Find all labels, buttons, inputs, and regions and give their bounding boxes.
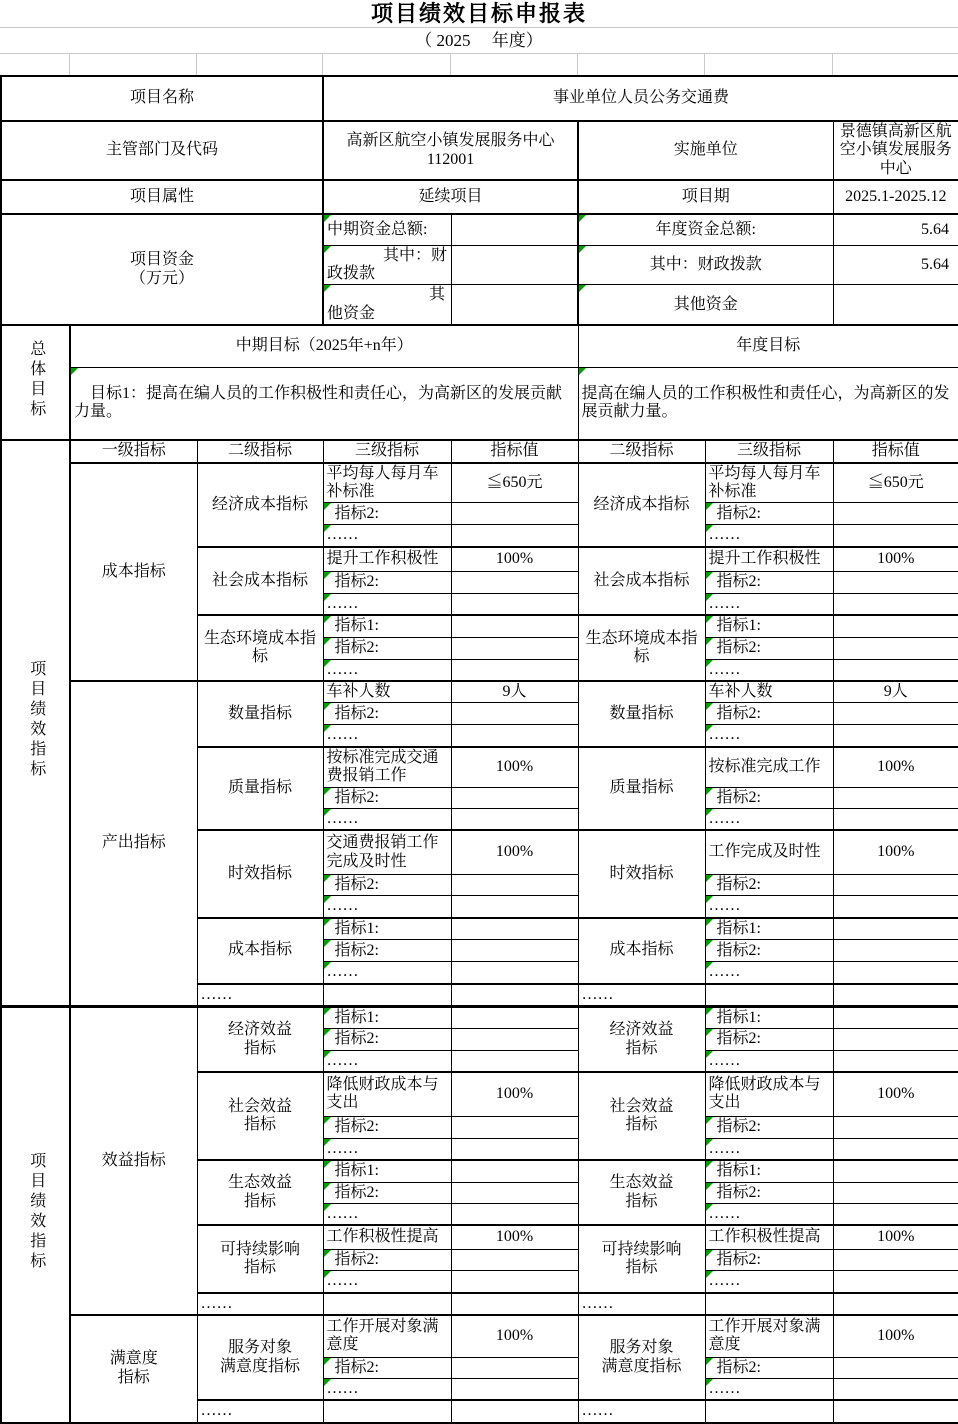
indicator-value-cell <box>833 962 958 984</box>
tertiary-indicator-cell: 指标2: <box>323 1116 451 1138</box>
secondary-indicator-label: 时效指标 <box>197 830 323 917</box>
tertiary-indicator-cell: 指标2: <box>705 1029 833 1050</box>
tertiary-indicator-cell: …… <box>705 593 833 615</box>
indicator-value-cell <box>451 1249 578 1270</box>
indicator-value-cell <box>833 1029 958 1050</box>
indicator-value-cell <box>833 1160 958 1182</box>
indicator-value-cell <box>451 1160 578 1182</box>
secondary-indicator-label: 经济成本指标 <box>578 463 705 547</box>
project-name-label: 项目名称 <box>1 76 323 121</box>
tertiary-indicator-cell: …… <box>705 1203 833 1225</box>
indicator-value-cell <box>833 787 958 808</box>
green-flag-icon <box>324 594 331 601</box>
tertiary-indicator-cell: …… <box>705 725 833 747</box>
tertiary-indicator-cell: 指标2: <box>323 703 451 725</box>
tertiary-indicator-cell: …… <box>323 896 451 918</box>
green-flag-icon <box>324 1139 331 1146</box>
tertiary-indicator-cell: 指标1: <box>323 1006 451 1028</box>
indicator-value-cell <box>451 1006 578 1028</box>
green-flag-icon <box>324 215 331 222</box>
secondary-indicator-label: 经济成本指标 <box>197 463 323 547</box>
indicator-value-cell <box>833 572 958 593</box>
green-flag-icon <box>324 940 331 947</box>
green-flag-icon <box>324 503 331 510</box>
tertiary-indicator-cell: …… <box>705 659 833 681</box>
green-flag-icon <box>324 1250 331 1257</box>
green-flag-icon <box>324 1008 331 1015</box>
indicator-value-cell: 100% <box>833 547 958 572</box>
impl-unit-value: 景德镇高新区航空小镇发展服务中心 <box>833 121 958 180</box>
green-flag-icon <box>579 215 586 222</box>
mid-goal-content: 目标1：提高在编人员的工作积极性和责任心，为高新区的发展贡献力量。 <box>70 367 578 440</box>
indicator-value-cell <box>451 896 578 918</box>
indicator-value-cell <box>451 1182 578 1203</box>
tertiary-indicator-cell: 指标2: <box>323 940 451 962</box>
ellipsis-row-cell <box>833 984 958 1007</box>
ellipsis-row-cell <box>705 984 833 1007</box>
declaration-form: 项目绩效目标申报表 （ 2025 年度） 项目名称 事业单位人员公务交通费 主管… <box>0 0 958 1424</box>
green-flag-icon <box>324 1117 331 1124</box>
tertiary-indicator-cell: 工作开展对象满意度 <box>323 1315 451 1357</box>
green-flag-icon <box>324 788 331 795</box>
indicator-value-cell <box>833 1116 958 1138</box>
green-flag-icon <box>706 638 713 645</box>
tertiary-indicator-cell: 指标2: <box>705 1182 833 1203</box>
tertiary-indicator-cell: 指标2: <box>705 1357 833 1378</box>
secondary-indicator-label: 生态环境成本指标 <box>578 615 705 681</box>
annual-other-value <box>833 285 958 325</box>
green-flag-icon <box>706 809 713 816</box>
tertiary-indicator-cell: 车补人数 <box>705 681 833 703</box>
mid-fiscal-label: 其中：财政拨款 <box>323 245 451 285</box>
green-flag-icon <box>706 1008 713 1015</box>
secondary-indicator-label: 质量指标 <box>197 747 323 831</box>
annual-other-label: 其他资金 <box>578 285 833 325</box>
indicator-value-cell <box>833 1357 958 1378</box>
green-flag-icon <box>324 1204 331 1211</box>
tertiary-indicator-cell: 平均每人每月车补标准 <box>323 463 451 503</box>
tertiary-indicator-cell: 指标2: <box>323 503 451 525</box>
green-flag-icon <box>706 896 713 903</box>
secondary-indicator-label: 经济效益 指标 <box>197 1006 323 1072</box>
secondary-indicator-label: 社会效益 指标 <box>578 1072 705 1160</box>
green-flag-icon <box>324 525 331 532</box>
indicator-value-cell: ≦650元 <box>833 463 958 503</box>
tertiary-indicator-cell: 指标1: <box>705 1160 833 1182</box>
indicator-value-cell <box>833 1138 958 1160</box>
green-flag-icon <box>71 368 78 375</box>
green-flag-icon <box>324 1379 331 1386</box>
annual-total-label: 年度资金总额: <box>578 214 833 245</box>
ellipsis-row-cell <box>323 1400 451 1422</box>
secondary-indicator-label: 质量指标 <box>578 747 705 831</box>
mid-total-label: 中期资金总额: <box>323 214 451 245</box>
ellipsis-row-cell <box>451 1400 578 1422</box>
indicator-value-cell <box>451 962 578 984</box>
green-flag-icon <box>324 703 331 710</box>
green-flag-icon <box>706 1183 713 1190</box>
secondary-indicator-label: 经济效益 指标 <box>578 1006 705 1072</box>
tertiary-indicator-cell: 指标2: <box>323 1029 451 1050</box>
indicator-value-cell <box>451 1138 578 1160</box>
indicator-value-cell: 100% <box>833 830 958 874</box>
form-title: 项目绩效目标申报表 <box>0 0 958 28</box>
header-value-left: 指标值 <box>451 440 578 462</box>
green-flag-icon <box>706 1250 713 1257</box>
indicator-value-cell <box>451 525 578 547</box>
green-flag-icon <box>706 1271 713 1278</box>
tertiary-indicator-cell: 提升工作积极性 <box>323 547 451 572</box>
ellipsis-row-cell: …… <box>197 1400 323 1422</box>
header-value-right: 指标值 <box>833 440 958 462</box>
ellipsis-row-cell <box>705 1400 833 1422</box>
tertiary-indicator-cell: 降低财政成本与支出 <box>323 1072 451 1116</box>
green-flag-icon <box>706 1358 713 1365</box>
tertiary-indicator-cell: …… <box>323 1050 451 1072</box>
green-flag-icon <box>324 285 331 292</box>
ellipsis-row-cell <box>323 984 451 1007</box>
annual-fiscal-label: 其中：财政拨款 <box>578 245 833 285</box>
indicator-value-cell <box>833 1006 958 1028</box>
header-level3-right: 三级指标 <box>705 440 833 462</box>
indicator-value-cell <box>833 503 958 525</box>
indicator-value-cell <box>451 809 578 831</box>
indicator-value-cell: 100% <box>451 830 578 874</box>
secondary-indicator-label: 可持续影响 指标 <box>578 1225 705 1292</box>
green-flag-icon <box>706 919 713 926</box>
tertiary-indicator-cell: …… <box>705 896 833 918</box>
green-flag-icon <box>324 875 331 882</box>
tertiary-indicator-cell: 指标2: <box>705 637 833 659</box>
level1-output: 产出指标 <box>70 681 197 1007</box>
tertiary-indicator-cell: …… <box>323 809 451 831</box>
indicator-value-cell <box>451 637 578 659</box>
green-flag-icon <box>324 572 331 579</box>
secondary-indicator-label: 数量指标 <box>197 681 323 747</box>
indicator-value-cell <box>451 572 578 593</box>
secondary-indicator-label: 生态环境成本指标 <box>197 615 323 681</box>
tertiary-indicator-cell: 指标2: <box>705 787 833 808</box>
indicator-value-cell <box>451 503 578 525</box>
tertiary-indicator-cell: 指标1: <box>705 918 833 940</box>
tertiary-indicator-cell: …… <box>323 725 451 747</box>
indicator-value-cell <box>833 1203 958 1225</box>
ellipsis-row-cell <box>451 1293 578 1315</box>
indicator-value-cell <box>833 1050 958 1072</box>
ellipsis-row-cell <box>833 1400 958 1422</box>
tertiary-indicator-cell: …… <box>705 962 833 984</box>
secondary-indicator-label: 生态效益 指标 <box>197 1160 323 1225</box>
green-flag-icon <box>706 875 713 882</box>
green-flag-icon <box>706 940 713 947</box>
secondary-indicator-label: 成本指标 <box>578 918 705 984</box>
green-flag-icon <box>324 1161 331 1168</box>
green-flag-icon <box>706 1161 713 1168</box>
tertiary-indicator-cell: 交通费报销工作完成及时性 <box>323 830 451 874</box>
attr-value: 延续项目 <box>323 180 578 214</box>
indicator-value-cell: 100% <box>451 747 578 787</box>
green-flag-icon <box>706 525 713 532</box>
level1-satisfaction: 满意度 指标 <box>70 1315 197 1423</box>
indicator-value-cell <box>833 809 958 831</box>
green-flag-icon <box>706 572 713 579</box>
dept-value: 高新区航空小镇发展服务中心112001 <box>323 121 578 180</box>
tertiary-indicator-cell: …… <box>705 1378 833 1400</box>
tertiary-indicator-cell: 按标准完成工作 <box>705 747 833 787</box>
tertiary-indicator-cell: …… <box>323 1203 451 1225</box>
indicator-value-cell: 9人 <box>833 681 958 703</box>
indicator-value-cell <box>833 659 958 681</box>
ellipsis-row-cell <box>323 1293 451 1315</box>
tertiary-indicator-cell: 指标2: <box>705 703 833 725</box>
green-flag-icon <box>579 285 586 292</box>
tertiary-indicator-cell: 按标准完成交通费报销工作 <box>323 747 451 787</box>
header-level2-left: 二级指标 <box>197 440 323 462</box>
indicator-value-cell <box>451 874 578 895</box>
indicator-value-cell <box>833 1378 958 1400</box>
indicator-value-cell <box>833 1249 958 1270</box>
secondary-indicator-label: 社会成本指标 <box>197 547 323 615</box>
period-value: 2025.1-2025.12 <box>833 180 958 214</box>
tertiary-indicator-cell: 平均每人每月车补标准 <box>705 463 833 503</box>
indicator-value-cell <box>833 918 958 940</box>
green-flag-icon <box>706 660 713 667</box>
mid-other-value <box>451 285 578 325</box>
indicator-value-cell: 100% <box>451 547 578 572</box>
tertiary-indicator-cell: …… <box>323 593 451 615</box>
tertiary-indicator-cell: 指标2: <box>705 503 833 525</box>
mid-other-label: 其他资金 <box>323 285 451 325</box>
tertiary-indicator-cell: 指标2: <box>705 1249 833 1270</box>
indicator-value-cell <box>451 593 578 615</box>
green-flag-icon <box>706 1139 713 1146</box>
form-subtitle: （ 2025 年度） <box>0 28 958 54</box>
secondary-indicator-label: 生态效益 指标 <box>578 1160 705 1225</box>
green-flag-icon <box>706 788 713 795</box>
tertiary-indicator-cell: …… <box>323 962 451 984</box>
indicator-value-cell <box>451 615 578 637</box>
indicator-value-cell <box>451 725 578 747</box>
tertiary-indicator-cell: 指标1: <box>323 615 451 637</box>
mid-total-value <box>451 214 578 245</box>
tertiary-indicator-cell: …… <box>323 1271 451 1293</box>
tertiary-indicator-cell: 提升工作积极性 <box>705 547 833 572</box>
tertiary-indicator-cell: …… <box>705 1138 833 1160</box>
tertiary-indicator-cell: 降低财政成本与支出 <box>705 1072 833 1116</box>
green-flag-icon <box>579 368 586 375</box>
tertiary-indicator-cell: 指标2: <box>705 572 833 593</box>
secondary-indicator-label: 社会成本指标 <box>578 547 705 615</box>
tertiary-indicator-cell: 指标2: <box>705 874 833 895</box>
green-flag-icon <box>706 962 713 969</box>
green-flag-icon <box>324 809 331 816</box>
indicator-value-cell: 100% <box>833 747 958 787</box>
indicator-value-cell <box>833 615 958 637</box>
indicator-value-cell: 100% <box>833 1072 958 1116</box>
green-flag-icon <box>706 503 713 510</box>
perf-side-label-2: 项目绩效指标 <box>1 1006 70 1422</box>
indicator-value-cell <box>833 874 958 895</box>
indicator-value-cell <box>451 703 578 725</box>
tertiary-indicator-cell: 指标2: <box>323 637 451 659</box>
indicator-value-cell <box>833 525 958 547</box>
green-flag-icon <box>706 1117 713 1124</box>
indicator-value-cell <box>451 1050 578 1072</box>
tertiary-indicator-cell: 工作积极性提高 <box>705 1225 833 1249</box>
period-label: 项目期 <box>578 180 833 214</box>
green-flag-icon <box>706 1029 713 1036</box>
tertiary-indicator-cell: …… <box>705 809 833 831</box>
indicator-value-cell: 100% <box>451 1072 578 1116</box>
funding-label: 项目资金 （万元） <box>1 214 323 325</box>
tertiary-indicator-cell: 指标2: <box>323 1249 451 1270</box>
indicator-value-cell <box>451 1029 578 1050</box>
indicator-value-cell <box>833 1182 958 1203</box>
green-flag-icon <box>706 616 713 623</box>
perf-side-label-1: 项目绩效指标 <box>1 440 70 1006</box>
mid-goal-header: 中期目标（2025年+n年） <box>70 325 578 367</box>
green-flag-icon <box>324 616 331 623</box>
tertiary-indicator-cell: 指标2: <box>705 1116 833 1138</box>
tertiary-indicator-cell: …… <box>323 1138 451 1160</box>
tertiary-indicator-cell: …… <box>323 1378 451 1400</box>
tertiary-indicator-cell: …… <box>323 659 451 681</box>
green-flag-icon <box>324 919 331 926</box>
green-flag-icon <box>579 246 586 253</box>
indicator-value-cell <box>833 940 958 962</box>
tertiary-indicator-cell: …… <box>323 525 451 547</box>
ellipsis-row-cell <box>833 1293 958 1315</box>
green-flag-icon <box>324 725 331 732</box>
ellipsis-row-cell <box>705 1293 833 1315</box>
level1-cost: 成本指标 <box>70 463 197 681</box>
green-flag-icon <box>706 703 713 710</box>
ellipsis-row-cell: …… <box>197 984 323 1007</box>
tertiary-indicator-cell: 指标2: <box>323 874 451 895</box>
indicator-value-cell <box>833 896 958 918</box>
mid-fiscal-value <box>451 245 578 285</box>
indicator-value-cell <box>451 787 578 808</box>
indicator-value-cell: 100% <box>833 1315 958 1357</box>
indicator-value-cell <box>833 703 958 725</box>
indicator-value-cell: 100% <box>451 1225 578 1249</box>
green-flag-icon <box>706 1379 713 1386</box>
tertiary-indicator-cell: 指标2: <box>323 572 451 593</box>
tertiary-indicator-cell: …… <box>705 525 833 547</box>
secondary-indicator-label: 时效指标 <box>578 830 705 917</box>
green-flag-icon <box>706 725 713 732</box>
tertiary-indicator-cell: 工作积极性提高 <box>323 1225 451 1249</box>
tertiary-indicator-cell: 指标2: <box>323 1357 451 1378</box>
green-flag-icon <box>324 1183 331 1190</box>
level1-benefit: 效益指标 <box>70 1006 197 1315</box>
secondary-indicator-label: 数量指标 <box>578 681 705 747</box>
indicator-value-cell: 100% <box>833 1225 958 1249</box>
secondary-indicator-label: 社会效益 指标 <box>197 1072 323 1160</box>
indicator-value-cell <box>451 659 578 681</box>
project-name-value: 事业单位人员公务交通费 <box>323 76 958 121</box>
green-flag-icon <box>706 1204 713 1211</box>
indicator-value-cell <box>833 637 958 659</box>
header-level3-left: 三级指标 <box>323 440 451 462</box>
indicator-value-cell <box>833 1271 958 1293</box>
green-flag-icon <box>324 1051 331 1058</box>
ellipsis-row-cell: …… <box>578 1400 705 1422</box>
green-flag-icon <box>324 1271 331 1278</box>
green-flag-icon <box>324 246 331 253</box>
tertiary-indicator-cell: …… <box>705 1050 833 1072</box>
annual-total-value: 5.64 <box>833 214 958 245</box>
indicator-value-cell <box>451 1116 578 1138</box>
tertiary-indicator-cell: 工作完成及时性 <box>705 830 833 874</box>
indicator-value-cell <box>833 593 958 615</box>
indicator-value-cell <box>451 1271 578 1293</box>
secondary-indicator-label: 服务对象 满意度指标 <box>578 1315 705 1400</box>
indicator-value-cell: 100% <box>451 1315 578 1357</box>
green-flag-icon <box>706 594 713 601</box>
secondary-indicator-label: 服务对象 满意度指标 <box>197 1315 323 1400</box>
green-flag-icon <box>324 896 331 903</box>
green-flag-icon <box>324 660 331 667</box>
tertiary-indicator-cell: 车补人数 <box>323 681 451 703</box>
indicator-value-cell <box>833 725 958 747</box>
indicator-value-cell <box>451 1357 578 1378</box>
impl-unit-label: 实施单位 <box>578 121 833 180</box>
attr-label: 项目属性 <box>1 180 323 214</box>
indicator-value-cell: ≦650元 <box>451 463 578 503</box>
tertiary-indicator-cell: 指标2: <box>705 940 833 962</box>
indicator-value-cell <box>451 1203 578 1225</box>
secondary-indicator-label: 可持续影响 指标 <box>197 1225 323 1292</box>
header-level2-right: 二级指标 <box>578 440 705 462</box>
annual-goal-content: 提高在编人员的工作积极性和责任心，为高新区的发展贡献力量。 <box>578 367 958 440</box>
annual-goal-header: 年度目标 <box>578 325 958 367</box>
secondary-indicator-label: 成本指标 <box>197 918 323 984</box>
annual-fiscal-value: 5.64 <box>833 245 958 285</box>
tertiary-indicator-cell: …… <box>705 1271 833 1293</box>
tertiary-indicator-cell: 指标1: <box>323 1160 451 1182</box>
ellipsis-row-cell <box>451 984 578 1007</box>
tertiary-indicator-cell: 指标1: <box>705 615 833 637</box>
header-level1: 一级指标 <box>70 440 197 462</box>
tertiary-indicator-cell: 指标1: <box>323 918 451 940</box>
green-flag-icon <box>324 638 331 645</box>
ellipsis-row-cell: …… <box>578 1293 705 1315</box>
ellipsis-row-cell: …… <box>578 984 705 1007</box>
green-flag-icon <box>324 1029 331 1036</box>
dept-label: 主管部门及代码 <box>1 121 323 180</box>
indicator-value-cell <box>451 1378 578 1400</box>
tertiary-indicator-cell: 指标2: <box>323 1182 451 1203</box>
tertiary-indicator-cell: 工作开展对象满意度 <box>705 1315 833 1357</box>
green-flag-icon <box>706 1051 713 1058</box>
indicator-value-cell <box>451 918 578 940</box>
green-flag-icon <box>324 1358 331 1365</box>
indicator-value-cell <box>451 940 578 962</box>
green-flag-icon <box>324 962 331 969</box>
tertiary-indicator-cell: 指标2: <box>323 787 451 808</box>
spreadsheet-grid-strip <box>0 54 958 75</box>
overall-goal-side-label: 总体目标 <box>1 325 70 440</box>
tertiary-indicator-cell: 指标1: <box>705 1006 833 1028</box>
ellipsis-row-cell: …… <box>197 1293 323 1315</box>
performance-target-table: 项目名称 事业单位人员公务交通费 主管部门及代码 高新区航空小镇发展服务中心11… <box>0 75 958 1424</box>
indicator-value-cell: 9人 <box>451 681 578 703</box>
